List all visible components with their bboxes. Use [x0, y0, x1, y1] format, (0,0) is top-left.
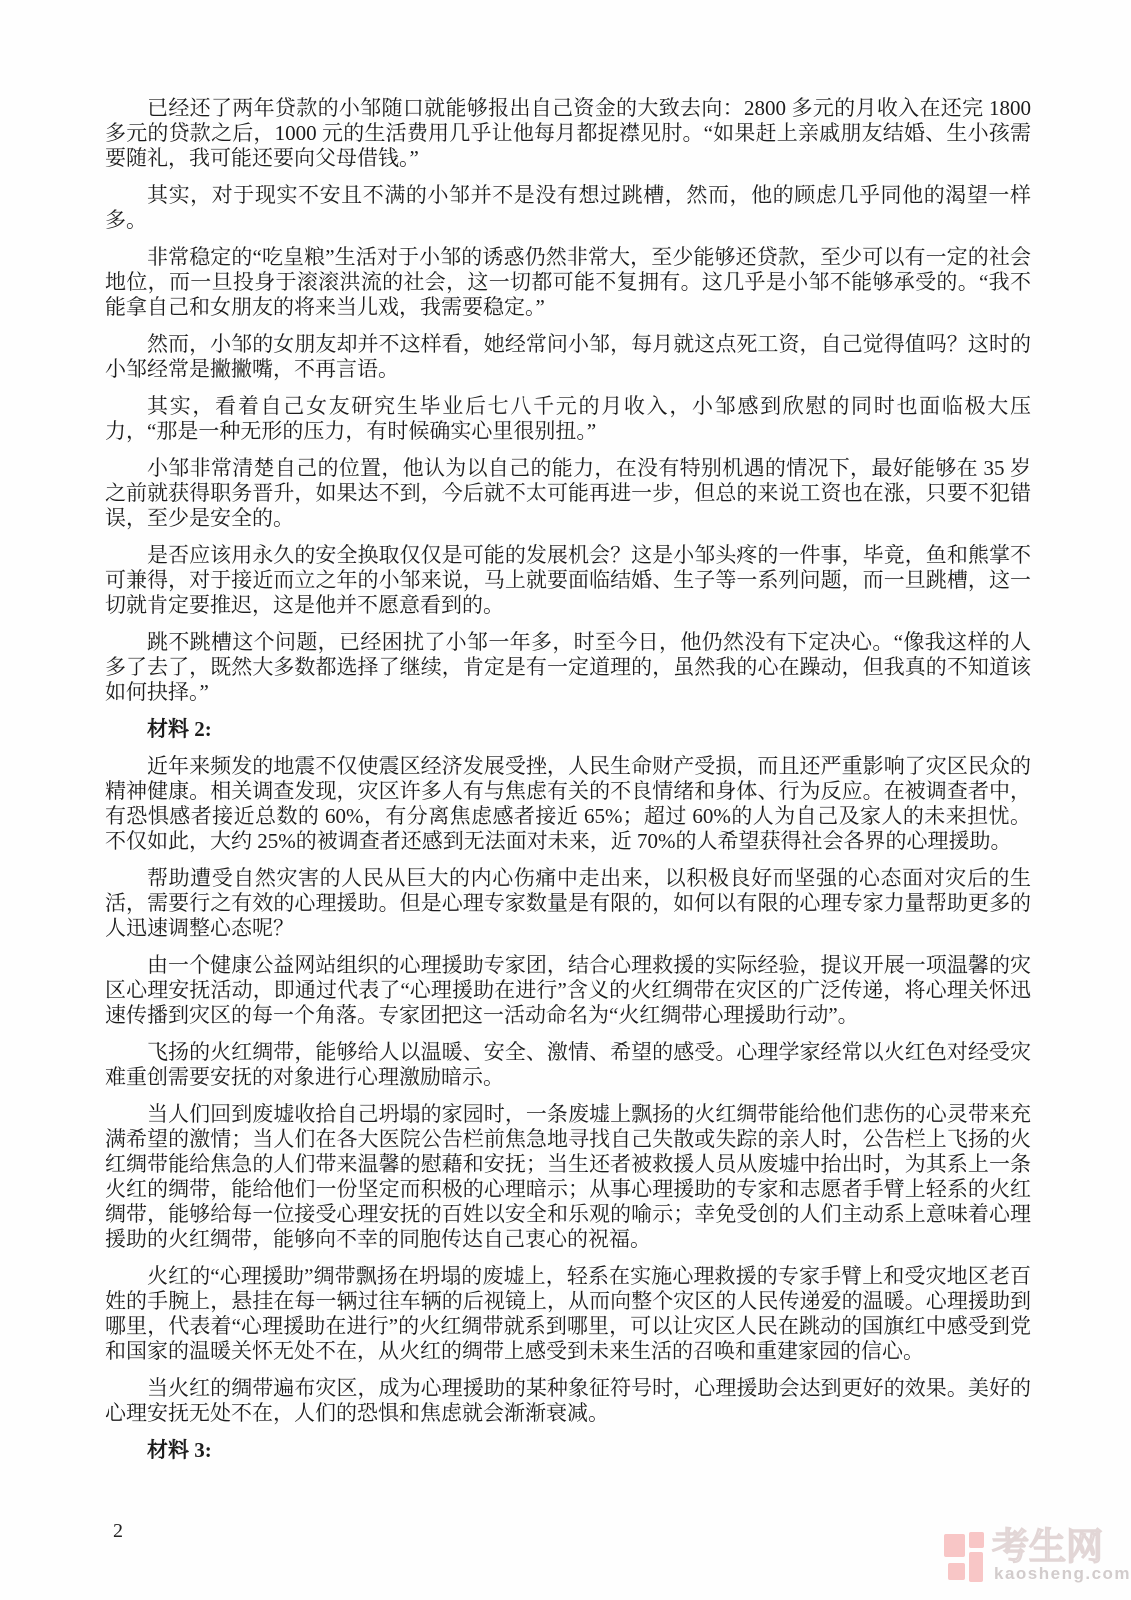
paragraph: 火红的“心理援助”绸带飘扬在坍塌的废墟上，轻系在实施心理救援的专家手臂上和受灾地…: [105, 1264, 1031, 1364]
paragraph: 由一个健康公益网站组织的心理援助专家团，结合心理救援的实际经验，提议开展一项温馨…: [105, 953, 1031, 1028]
paragraph: 然而，小邹的女朋友却并不这样看，她经常问小邹，每月就这点死工资，自己觉得值吗？这…: [105, 332, 1031, 382]
paragraph: 已经还了两年贷款的小邹随口就能够报出自己资金的大致去向：2800 多元的月收入在…: [105, 96, 1031, 171]
logo-block: [948, 1563, 965, 1580]
paragraph: 其实，对于现实不安且不满的小邹并不是没有想过跳槽，然而，他的顾虑几乎同他的渴望一…: [105, 183, 1031, 233]
paragraph: 当火红的绸带遍布灾区，成为心理援助的某种象征符号时，心理援助会达到更好的效果。美…: [105, 1376, 1031, 1426]
watermark-site-name: 考生网: [992, 1528, 1103, 1565]
paragraph: 跳不跳槽这个问题，已经困扰了小邹一年多，时至今日，他仍然没有下定决心。“像我这样…: [105, 630, 1031, 705]
document-page: 已经还了两年贷款的小邹随口就能够报出自己资金的大致去向：2800 多元的月收入在…: [0, 0, 1131, 1600]
paragraph: 当人们回到废墟收拾自己坍塌的家园时，一条废墟上飘扬的火红绸带能给他们悲伤的心灵带…: [105, 1102, 1031, 1252]
logo-block: [969, 1532, 984, 1548]
watermark-site-url: kaosheng.com: [994, 1565, 1131, 1582]
document-body: 已经还了两年贷款的小邹随口就能够报出自己资金的大致去向：2800 多元的月收入在…: [105, 96, 1031, 1475]
kaosheng-logo-icon: [944, 1532, 984, 1584]
material-heading: 材料 2:: [105, 717, 1031, 742]
paragraph: 帮助遭受自然灾害的人民从巨大的内心伤痛中走出来，以积极良好而坚强的心态面对灾后的…: [105, 866, 1031, 941]
watermark: 考生网 kaosheng.com: [944, 1528, 1124, 1588]
paragraph: 近年来频发的地震不仅使震区经济发展受挫，人民生命财产受损，而且还严重影响了灾区民…: [105, 754, 1031, 854]
paragraph: 非常稳定的“吃皇粮”生活对于小邹的诱惑仍然非常大，至少能够还贷款，至少可以有一定…: [105, 245, 1031, 320]
paragraph: 是否应该用永久的安全换取仅仅是可能的发展机会？这是小邹头疼的一件事，毕竟，鱼和熊…: [105, 543, 1031, 618]
material-heading: 材料 3:: [105, 1438, 1031, 1463]
paragraph: 其实，看着自己女友研究生毕业后七八千元的月收入，小邹感到欣慰的同时也面临极大压力…: [105, 394, 1031, 444]
page-number: 2: [113, 1520, 123, 1543]
logo-block: [944, 1534, 965, 1557]
paragraph: 飞扬的火红绸带，能够给人以温暖、安全、激情、希望的感受。心理学家经常以火红色对经…: [105, 1040, 1031, 1090]
logo-block: [969, 1552, 983, 1582]
paragraph: 小邹非常清楚自己的位置，他认为以自己的能力，在没有特别机遇的情况下，最好能够在 …: [105, 456, 1031, 531]
